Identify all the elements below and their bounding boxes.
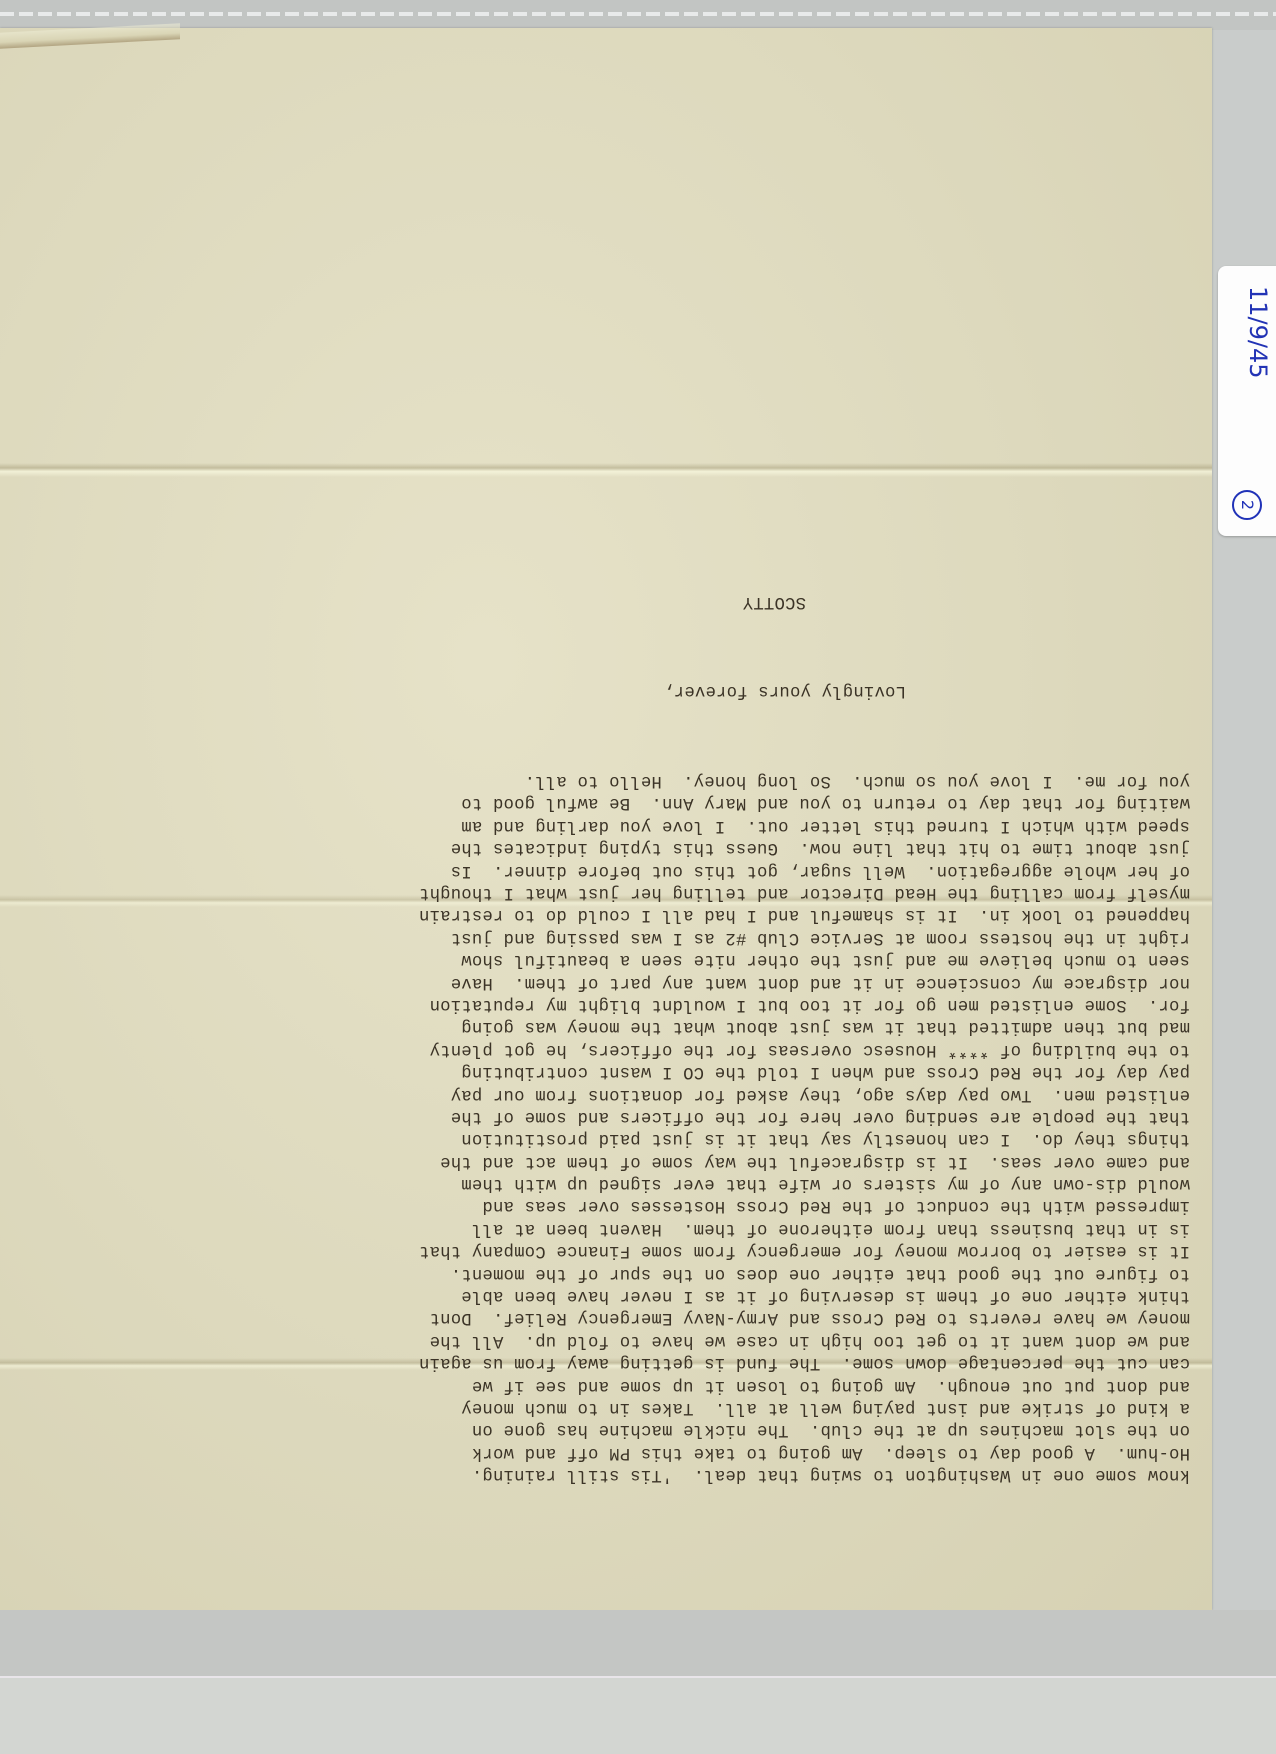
fold-crease [0, 463, 1212, 477]
letter-line: Ho-hum. A good day to sleep. Am going to… [150, 1440, 1190, 1462]
letter-line: you for me. I love you so much. So long … [150, 769, 1190, 791]
letter-line: and we dont want it to get too high in c… [150, 1328, 1190, 1350]
letter-line: and came over seas. It is disgraceful th… [150, 1149, 1190, 1171]
letter-line: right in the hostess room at Service Clu… [150, 925, 1190, 947]
letter-line: impressed with the conduct of the Red Cr… [150, 1194, 1190, 1216]
letter-line: is in that business than from eitherone … [150, 1217, 1190, 1239]
letter-line: and dont put out enough. Am going to los… [150, 1373, 1190, 1395]
letter-text-upside-down: know some one in Washington to swing tha… [150, 600, 1190, 1530]
scanner-background-bottom [0, 1610, 1276, 1676]
letter-line: for. Some enlisted men go for it too but… [150, 993, 1190, 1015]
letter-line: can cut the percentage down some. The fu… [150, 1351, 1190, 1373]
scanner-edge-marks [0, 12, 1276, 16]
letter-line: of her whole aggregation. Well sugar, go… [150, 858, 1190, 880]
letter-line: to the building of **** Housesc overseas… [150, 1037, 1190, 1059]
letter-closing: Lovingly yours forever, [150, 679, 1190, 701]
letter-line: happened to look in. It is shameful and … [150, 903, 1190, 925]
archive-tag-date-wrap: 11/9/45 [1272, 286, 1276, 314]
letter-line: know some one in Washington to swing tha… [150, 1463, 1190, 1485]
letter-body: know some one in Washington to swing tha… [150, 769, 1190, 1486]
archive-tag-date: 11/9/45 [1244, 286, 1272, 379]
letter-line: speed with which I turned this letter ou… [150, 813, 1190, 835]
letter-line: myself from calling the Head Director an… [150, 881, 1190, 903]
letter-line: a kind of strike and isnt paying well at… [150, 1396, 1190, 1418]
letter-signature: SCOTTY [150, 590, 1190, 612]
letter-line: would dis-own any of my sisters or wife … [150, 1172, 1190, 1194]
letter-line: enlisted men. Two pay days ago, they ask… [150, 1082, 1190, 1104]
letter-line: think either one of them is deserving of… [150, 1284, 1190, 1306]
letter-line: just about time to hit that line now. Gu… [150, 836, 1190, 858]
letter-line: It is easier to borrow money for emergen… [150, 1239, 1190, 1261]
archive-tag-page-number: 2 [1232, 490, 1262, 520]
letter-line: nor disgrace my conscience in it and don… [150, 970, 1190, 992]
letter-line: waiting for that day to return to you an… [150, 791, 1190, 813]
letter-line: money we have reverts to Red Cross and A… [150, 1306, 1190, 1328]
scanner-background-top [0, 0, 1276, 30]
protective-sleeve-edge [0, 1676, 1276, 1754]
letter-line: things they do. I can honestly say that … [150, 1127, 1190, 1149]
letter-line: to figure out the good that either one d… [150, 1261, 1190, 1283]
letter-line: on the slot machines up at the club. The… [150, 1418, 1190, 1440]
letter-line: pay day for the Red Cross and when I tol… [150, 1060, 1190, 1082]
letter-line: mad but then admitted that it was just a… [150, 1015, 1190, 1037]
letter-line: that the people are sending over here fo… [150, 1105, 1190, 1127]
letter-line: seen to much believe me and just the oth… [150, 948, 1190, 970]
